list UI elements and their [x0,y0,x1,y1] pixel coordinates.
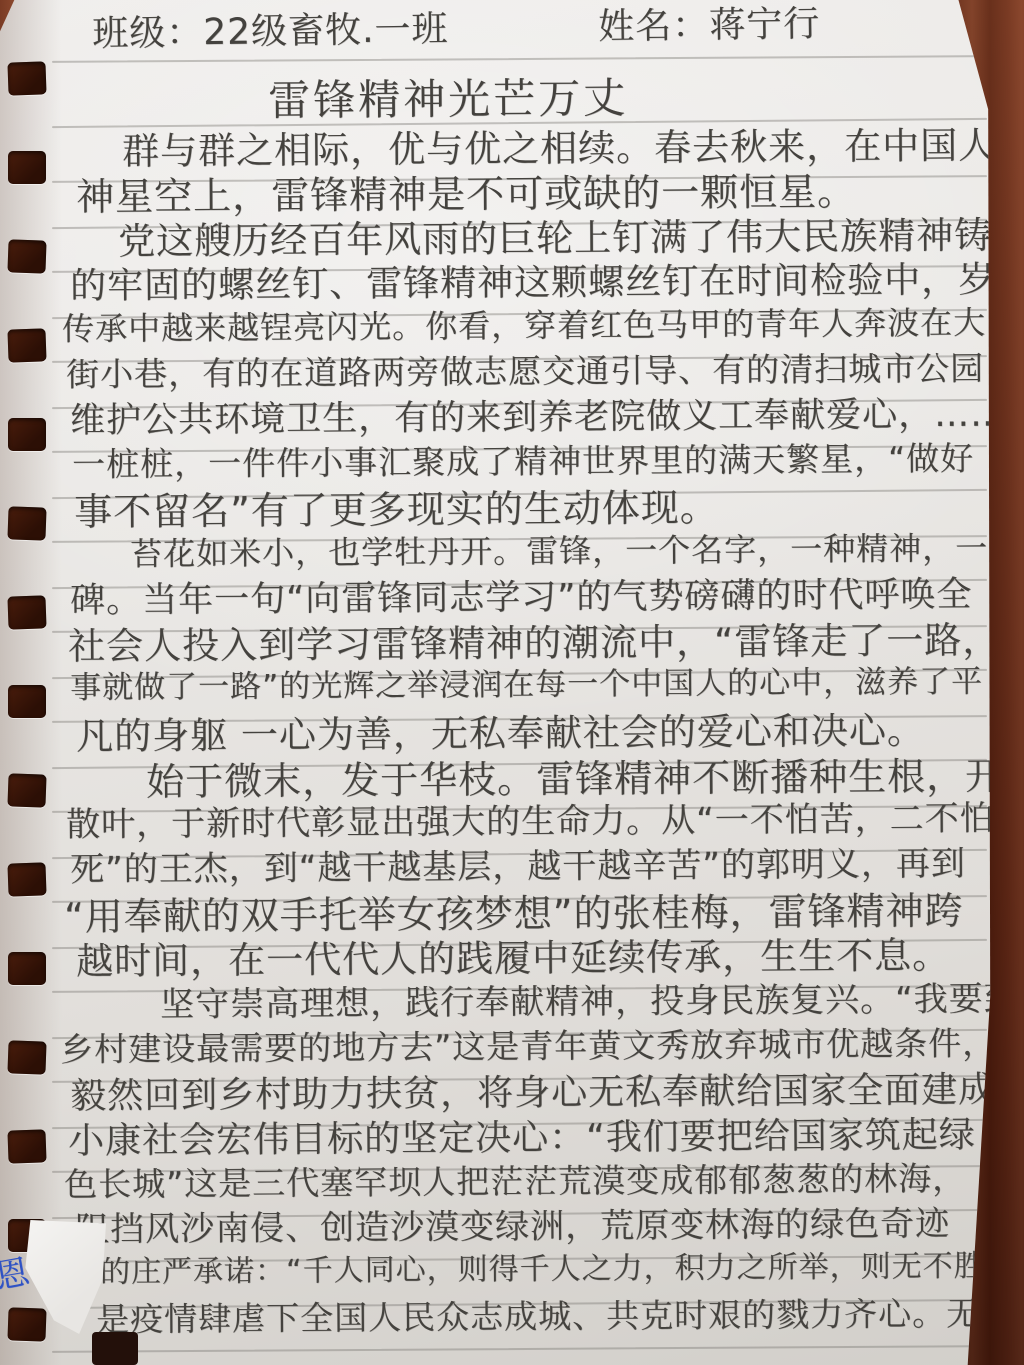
binding-hole [8,952,46,985]
binding-hole [7,239,46,273]
essay-line: 群与群之相际，优与优之相续。春去秋来，在中国人的精 [122,123,1024,174]
essay-line: 越时间，在一代代人的践履中延续传承，生生不息。 [76,934,950,984]
essay-line: 坚守崇高理想，践行奉献精神，投身民族复兴。“我要到 [160,979,1019,1026]
essay-line: 事不留名”有了更多现实的生动体现。 [74,485,719,535]
essay-line: “用奉献的双手托举女孩梦想”的张桂梅，雷锋精神跨 [64,889,964,941]
essay-line: 凡的身躯 一心为善，无私奉献社会的爱心和决心。 [76,709,925,759]
essay-line: 街小巷，有的在道路两旁做志愿交通引导、有的清扫城市公园 [66,349,984,395]
binding-hole [8,685,46,718]
notebook-paper: 班级：22级畜牧.一班 姓名：蒋宁行 雷锋精神光芒万丈 群与群之相际，优与优之相… [0,0,1024,1365]
binding-hole [7,595,46,629]
essay-line: 碑。当年一句“向雷锋同志学习”的气势磅礴的时代呼唤全 [70,574,973,622]
student-name-label: 姓名：蒋宁行 [598,3,821,49]
ruled-line [52,1345,987,1353]
essay-line: 小康社会宏伟目标的坚定决心：“我们要把给国家筑起绿 [68,1114,976,1164]
torn-hole-shadow [92,1332,138,1365]
essay-line: 一桩桩，一件件小事汇聚成了精神世界里的满天繁星，“做好 [72,439,974,485]
essay-line: 的牢固的螺丝钉、雷锋精神这颗螺丝钉在时间检验中，岁月 [70,258,1024,308]
essay-title: 雷锋精神光芒万丈 [268,73,628,126]
binding-hole [7,1129,46,1163]
page-header: 班级：22级畜牧.一班 姓名：蒋宁行 [0,0,1024,14]
class-label: 班级：22级畜牧.一班 [92,8,449,56]
binding-hole [7,1040,46,1074]
binding-hole [7,506,46,540]
essay-line: 社会人投入到学习雷锋精神的潮流中，“雷锋走了一路，好 [68,618,1024,669]
essay-line: 党这艘历经百年风雨的巨轮上钉满了伟大民族精神铸成 [118,214,1024,265]
binding-hole [7,61,46,95]
essay-line: 的庄严承诺：“千人同心，则得千人之力，积力之所举，则无不胜也” [100,1248,1024,1291]
binding-hole [8,418,46,451]
essay-line: 始于微末，发于华枝。雷锋精神不断播种生根，开枝 [146,754,1024,806]
ruled-line [52,55,987,63]
essay-line: 死”的王杰，到“越干越基层，越干越辛苦”的郭明义，再到 [70,844,966,891]
binding-hole [8,151,46,184]
essay-line: 色长城”这是三代塞罕坝人把茫茫荒漠变成郁郁葱葱的林海， [64,1159,966,1205]
essay-line: 传承中越来越锃亮闪光。你看，穿着红色马甲的青年人奔波在大 [62,304,986,349]
binding-hole [7,862,46,896]
essay-line: 是疫情肆虐下全国人民众志成城、共克时艰的戮力齐心。无数 [96,1294,1014,1340]
essay-line: 乡村建设最需要的地方去”这是青年黄文秀放弃城市优越条件， [60,1023,996,1069]
essay-line: 阻挡风沙南侵、创造沙漠变绿洲，荒原变林海的绿色奇迹 [75,1204,950,1251]
essay-line: 维护公共环境卫生，有的来到养老院做义工奉献爱心，…… [70,393,1006,442]
binding-hole [7,328,46,362]
binding-hole [7,1307,46,1341]
essay-line: 毅然回到乡村助力扶贫，将身心无私奉献给国家全面建成 [70,1069,995,1119]
essay-line: 神星空上，雷锋精神是不可或缺的一颗恒星。 [76,170,856,221]
essay-line: 事就做了一路”的光辉之举浸润在每一个中国人的心中，滋养了平 [70,664,983,708]
essay-line: 散叶，于新时代彰显出强大的生命力。从“一不怕苦，二不怕 [66,799,995,846]
binding-hole [7,773,46,807]
notebook-photo: 班级：22级畜牧.一班 姓名：蒋宁行 雷锋精神光芒万丈 群与群之相际，优与优之相… [0,0,1024,1365]
essay-line: 苔花如米小，也学牡丹开。雷锋，一个名字，一种精神，一座丰 [130,529,1024,574]
